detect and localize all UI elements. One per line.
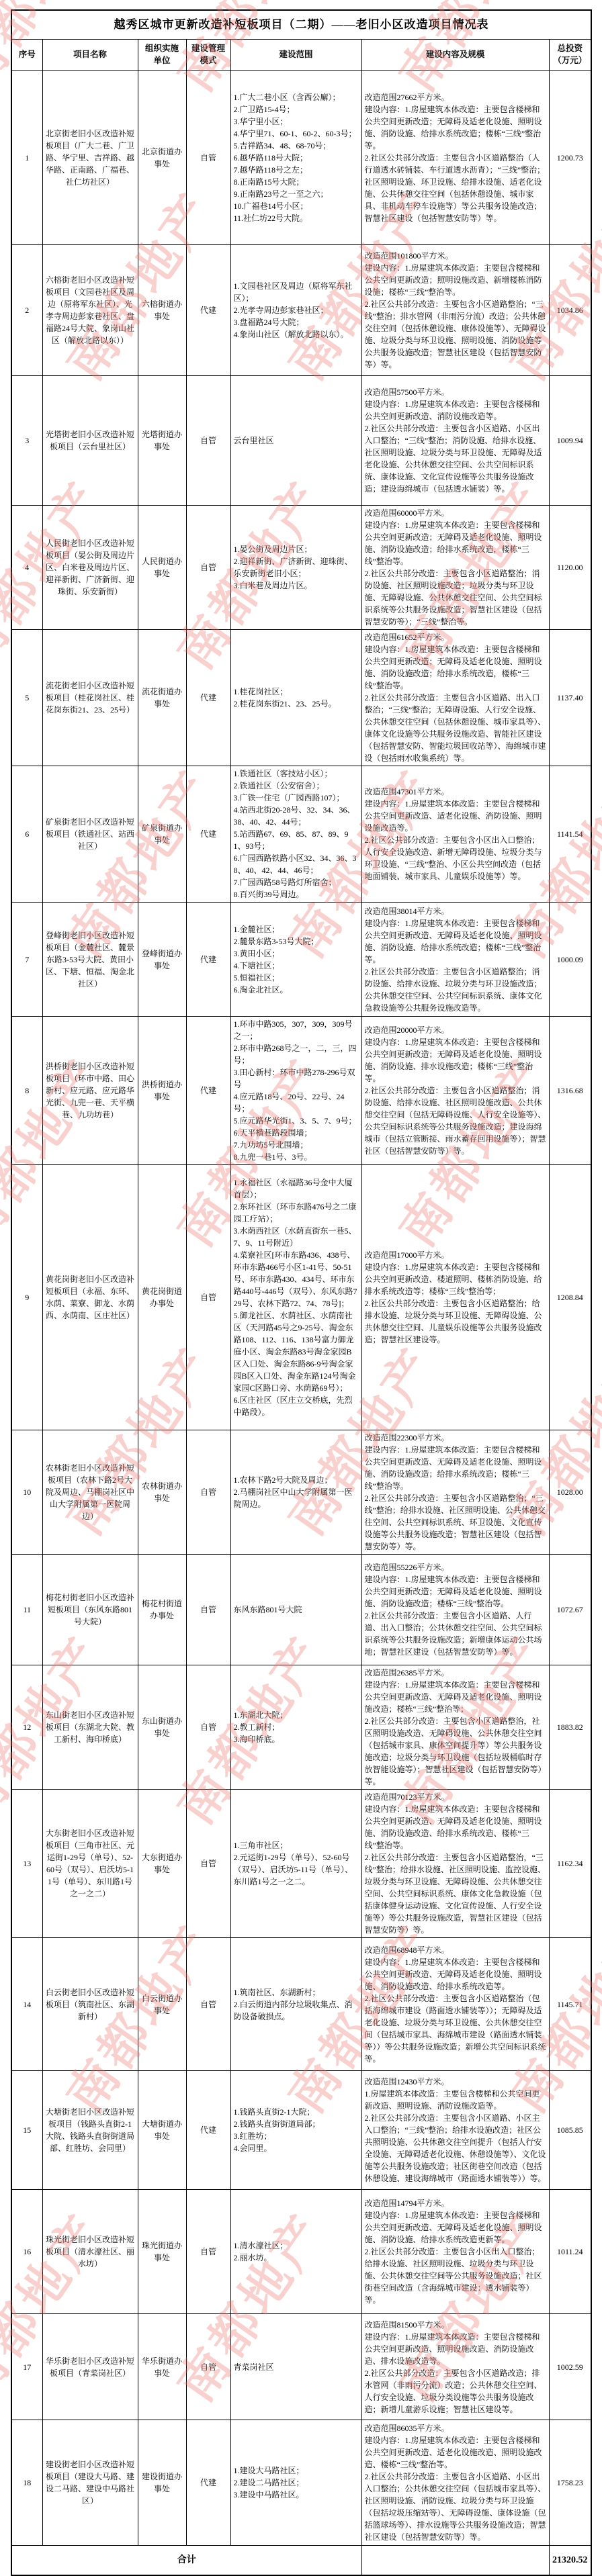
construction-scope: 1.永福社区（永福路36号金中大厦首层）； 2.东环社区（环市东路476号之二康…	[230, 1165, 361, 1430]
table-body: 1 北京街老旧小区改造补短板项目（广大二巷、广卫路、华宁里、吉祥路、越华路、正南…	[11, 71, 591, 2546]
implementing-unit: 东山街道办事处	[138, 1665, 186, 1790]
construction-scope: 1.农林下路2号大院及周边； 2.马棚岗社区中山大学附属第一医院周边。	[230, 1430, 361, 1555]
total-investment-value: 1011.24	[549, 2190, 591, 2314]
column-header-invest: 总投资 （万元）	[549, 39, 591, 71]
implementing-unit: 矿泉街道办事处	[138, 766, 186, 903]
total-investment-value: 1145.71	[549, 1938, 591, 2071]
implementing-unit: 梅花村街道办事处	[138, 1555, 186, 1665]
total-investment: 21320.52	[549, 2546, 591, 2575]
construction-scope: 1.广大二巷小区（含西公廨）； 2.广卫路15-4号； 3.华宁里小区； 4.华…	[230, 71, 361, 245]
project-name: 农林街老旧小区改造补短板项目（农林下路2号大院及周边、马棚岗社区中山大学附属第一…	[42, 1430, 138, 1555]
column-header-unit: 组织实施 单位	[138, 39, 186, 71]
management-mode: 自管	[186, 2190, 230, 2314]
implementing-unit: 光塔街道办事处	[138, 376, 186, 506]
document-sheet: 南都地产南都地产南都地产南都地产南都地产南都地产南都地产南都地产南都地产南都地产…	[0, 0, 602, 2576]
total-investment-value: 1200.73	[549, 71, 591, 245]
construction-scope: 1.金麓社区； 2.麓景东路3-53号大院； 3.黄田小区； 4.下塘社区； 5…	[230, 903, 361, 1017]
total-investment-value: 1000.09	[549, 903, 591, 1017]
construction-content: 改造范围68948平方米。 建设内容：1.房屋建筑本体改造：主要包含楼梯和公共空…	[361, 1938, 549, 2071]
project-name: 东山街老旧小区改造补短板项目（东湖北大院、教工新村、海印桥底）	[42, 1665, 138, 1790]
project-name: 建设街老旧小区改造补短板项目（建设大马路、建设二马路、建设中马路社区）	[42, 2420, 138, 2546]
table-header-row: 序号 项目名称 组织实施 单位 建设管理 模式 建设范围 建设内容及规模 总投资…	[11, 39, 591, 71]
construction-content: 改造范围86035平方米。 建设内容：1.房屋建筑本体改造：主要包含楼梯和公共空…	[361, 2420, 549, 2546]
management-mode: 代建	[186, 903, 230, 1017]
project-name: 矿泉街老旧小区改造补短板项目（铁通社区、站西社区）	[42, 766, 138, 903]
project-name: 华乐街老旧小区改造补短板项目（青菜岗社区）	[42, 2314, 138, 2420]
construction-content: 改造范围60000平方米。 建设内容：1.房屋建筑本体改造：主要包含楼梯和公共空…	[361, 506, 549, 630]
construction-content: 改造范围27662平方米。 建设内容：1.房屋建筑本体改造：主要包含楼梯和公共空…	[361, 71, 549, 245]
table-row: 15 大塘街老旧小区改造补短板项目（钱路头直街2-1大院、钱路头直街街道局部、红…	[11, 2071, 591, 2190]
total-row: 合计 21320.52	[11, 2546, 591, 2575]
management-mode: 代建	[186, 245, 230, 376]
project-name: 白云街老旧小区改造补短板项目（筑南社区、东湖新村）	[42, 1938, 138, 2071]
row-number: 10	[11, 1430, 42, 1555]
project-name: 大东街老旧小区改造补短板项目（三角市社区、元运街1-29号（单号）、52-60号…	[42, 1790, 138, 1938]
project-name: 大塘街老旧小区改造补短板项目（钱路头直街2-1大院、钱路头直街街道局部、红胜坊、…	[42, 2071, 138, 2190]
table-row: 14 白云街老旧小区改造补短板项目（筑南社区、东湖新村） 白云街道办事处 自管 …	[11, 1938, 591, 2071]
construction-content: 改造范围57500平方米。 建设内容：1.房屋建筑本体改造：主要包含楼梯和公共空…	[361, 376, 549, 506]
management-mode: 自管	[186, 1938, 230, 2071]
table-row: 13 大东街老旧小区改造补短板项目（三角市社区、元运街1-29号（单号）、52-…	[11, 1790, 591, 1938]
construction-content: 改造范围101800平方米。 建设内容：1.房屋建筑本体改造：主要包含楼梯和公共…	[361, 245, 549, 376]
construction-scope: 1.东湖北大院； 2.教工新村； 3.海印桥底。	[230, 1665, 361, 1790]
management-mode: 自管	[186, 1430, 230, 1555]
construction-content: 改造范围81500平方米。 建设内容：1.房屋建筑本体改造：主要包含楼梯和公共空…	[361, 2314, 549, 2420]
construction-content: 改造范围12430平方米。 1.房屋建筑本体改造：主要包含楼梯和公共空间更新改造…	[361, 2071, 549, 2190]
management-mode: 代建	[186, 766, 230, 903]
construction-content: 改造范围47301平方米。 建设内容：1.房屋建筑本体改造：主要包含楼梯和公共空…	[361, 766, 549, 903]
project-name: 人民街老旧小区改造补短板项目（晏公街及周边片区、白米巷及周边片区、迎祥新街、广济…	[42, 506, 138, 630]
total-investment-value: 1009.94	[549, 376, 591, 506]
table-row: 4 人民街老旧小区改造补短板项目（晏公街及周边片区、白米巷及周边片区、迎祥新街、…	[11, 506, 591, 630]
project-name: 登峰街老旧小区改造补短板项目（金麓社区、麓景东路3-53号大院、黄田小区、下塘、…	[42, 903, 138, 1017]
project-name: 洪桥街老旧小区改造补短板项目（环市中路、田心新村、应元路、应元路华光街、九兜一巷…	[42, 1017, 138, 1165]
page-title: 越秀区城市更新改造补短板项目（二期）——老旧小区改造项目情况表	[11, 10, 591, 39]
table-row: 9 黄花岗街老旧小区改造补短板项目（永福、东环、水荫、菜寮、御龙、水荫西、水荫南…	[11, 1165, 591, 1430]
total-investment-value: 1883.82	[549, 1665, 591, 1790]
project-name: 六榕街老旧小区改造补短板项目（文园巷社区及周边（原将军东社区）、光孝寺周边彭家巷…	[42, 245, 138, 376]
row-number: 1	[11, 71, 42, 245]
management-mode: 自管	[186, 1165, 230, 1430]
column-header-scope: 建设范围	[230, 39, 361, 71]
implementing-unit: 华乐街道办事处	[138, 2314, 186, 2420]
construction-content: 改造范围17000平方米。 建设内容：1.房屋建筑本体改造：主要包含楼梯和公共空…	[361, 1165, 549, 1430]
management-mode: 代建	[186, 1017, 230, 1165]
implementing-unit: 建设街道办事处	[138, 2420, 186, 2546]
table-row: 1 北京街老旧小区改造补短板项目（广大二巷、广卫路、华宁里、吉祥路、越华路、正南…	[11, 71, 591, 245]
row-number: 9	[11, 1165, 42, 1430]
management-mode: 代建	[186, 630, 230, 766]
construction-scope: 1.清水濠社区； 2.丽水坊。	[230, 2190, 361, 2314]
implementing-unit: 黄花岗街道办事处	[138, 1165, 186, 1430]
construction-scope: 1.三角市社区； 2.元运街1-29号（单号）、52-60号（双号）、启沃坊5-…	[230, 1790, 361, 1938]
total-investment-value: 1034.86	[549, 245, 591, 376]
table-row: 7 登峰街老旧小区改造补短板项目（金麓社区、麓景东路3-53号大院、黄田小区、下…	[11, 903, 591, 1017]
total-investment-value: 1758.23	[549, 2420, 591, 2546]
implementing-unit: 人民街道办事处	[138, 506, 186, 630]
row-number: 14	[11, 1938, 42, 2071]
management-mode: 自管	[186, 2314, 230, 2420]
construction-content: 改造范围14794平方米。 建设内容：1.房屋建筑本体改造：主要包含楼梯和公共空…	[361, 2190, 549, 2314]
total-investment-value: 1072.67	[549, 1555, 591, 1665]
table-row: 17 华乐街老旧小区改造补短板项目（青菜岗社区） 华乐街道办事处 自管 青菜岗社…	[11, 2314, 591, 2420]
row-number: 3	[11, 376, 42, 506]
construction-scope: 1.筑南社区、东湖新村； 2.白云街道内部分垃圾收集点、消防设备破损点。	[230, 1938, 361, 2071]
row-number: 5	[11, 630, 42, 766]
table-row: 5 流花街老旧小区改造补短板项目（桂花岗社区、桂花岗东街21、23、25号） 流…	[11, 630, 591, 766]
implementing-unit: 流花街道办事处	[138, 630, 186, 766]
total-investment-value: 1028.00	[549, 1430, 591, 1555]
implementing-unit: 大塘街道办事处	[138, 2071, 186, 2190]
table-row: 18 建设街老旧小区改造补短板项目（建设大马路、建设二马路、建设中马路社区） 建…	[11, 2420, 591, 2546]
construction-content: 改造范围26385平方米。 建设内容：1.房屋建筑本体改造：主要包含楼梯和公共空…	[361, 1665, 549, 1790]
column-header-mode: 建设管理 模式	[186, 39, 230, 71]
total-investment-value: 1141.54	[549, 766, 591, 903]
row-number: 13	[11, 1790, 42, 1938]
construction-scope: 1.建设大马路社区； 2.建设二马路社区； 3.建设中马路社区。	[230, 2420, 361, 2546]
construction-scope: 东风东路801号大院	[230, 1555, 361, 1665]
management-mode: 代建	[186, 2420, 230, 2546]
implementing-unit: 农林街道办事处	[138, 1430, 186, 1555]
project-name: 黄花岗街老旧小区改造补短板项目（永福、东环、水荫、菜寮、御龙、水荫西、水荫南、区…	[42, 1165, 138, 1430]
column-header-name: 项目名称	[42, 39, 138, 71]
management-mode: 自管	[186, 1555, 230, 1665]
project-name: 流花街老旧小区改造补短板项目（桂花岗社区、桂花岗东街21、23、25号）	[42, 630, 138, 766]
management-mode: 代建	[186, 2071, 230, 2190]
total-investment-value: 1208.84	[549, 1165, 591, 1430]
project-name: 珠光街老旧小区改造补短板项目（清水濠社区、丽水坊）	[42, 2190, 138, 2314]
management-mode: 自管	[186, 1665, 230, 1790]
construction-scope: 青菜岗社区	[230, 2314, 361, 2420]
implementing-unit: 登峰街道办事处	[138, 903, 186, 1017]
table-row: 2 六榕街老旧小区改造补短板项目（文园巷社区及周边（原将军东社区）、光孝寺周边彭…	[11, 245, 591, 376]
column-header-no: 序号	[11, 39, 42, 71]
total-investment-value: 1137.40	[549, 630, 591, 766]
total-investment-value: 1002.59	[549, 2314, 591, 2420]
construction-scope: 1.晏公街及周边片区； 2.迎祥新街、广济新街、迎珠街、乐安新街老旧小区； 3.…	[230, 506, 361, 630]
implementing-unit: 六榕街道办事处	[138, 245, 186, 376]
management-mode: 自管	[186, 1790, 230, 1938]
document-content: 越秀区城市更新改造补短板项目（二期）——老旧小区改造项目情况表 序号 项目名称 …	[0, 0, 602, 2576]
management-mode: 自管	[186, 506, 230, 630]
construction-scope: 云台里社区	[230, 376, 361, 506]
construction-scope: 1.铁通社区（客技站小区）； 2.铁通社区（公安宿舍）； 3.广铁一住宅（广园西…	[230, 766, 361, 903]
project-name: 梅花村街老旧小区改造补短板项目（东风东路801号大院）	[42, 1555, 138, 1665]
row-number: 16	[11, 2190, 42, 2314]
row-number: 17	[11, 2314, 42, 2420]
construction-scope: 1.桂花岗社区； 2.桂花岗东街21、23、25号。	[230, 630, 361, 766]
total-empty-cell	[361, 2546, 549, 2575]
row-number: 6	[11, 766, 42, 903]
implementing-unit: 大东街道办事处	[138, 1790, 186, 1938]
construction-content: 改造范围38014平方米。 建设内容：1.房屋建筑本体改造：主要包含楼梯和公共空…	[361, 903, 549, 1017]
row-number: 18	[11, 2420, 42, 2546]
construction-scope: 1.文园巷社区及周边（原将军东社区）； 2.光孝寺周边彭家巷社区； 3.盘福路2…	[230, 245, 361, 376]
construction-content: 改造范围70123平方米。 建设内容：1.房屋建筑本体改造：主要包含楼梯和公共空…	[361, 1790, 549, 1938]
row-number: 4	[11, 506, 42, 630]
row-number: 12	[11, 1665, 42, 1790]
construction-content: 改造范围61652平方米。 建设内容：1.房屋建筑本体改造：主要包含楼梯和公共空…	[361, 630, 549, 766]
implementing-unit: 白云街道办事处	[138, 1938, 186, 2071]
total-investment-value: 1085.85	[549, 2071, 591, 2190]
table-row: 8 洪桥街老旧小区改造补短板项目（环市中路、田心新村、应元路、应元路华光街、九兜…	[11, 1017, 591, 1165]
construction-scope: 1.钱路头直街2-1大院； 2.钱路头直街街道局部； 3.红胜坊； 4.会同里。	[230, 2071, 361, 2190]
column-header-content: 建设内容及规模	[361, 39, 549, 71]
table-row: 3 光塔街老旧小区改造补短板项目（云台里社区） 光塔街道办事处 自管 云台里社区…	[11, 376, 591, 506]
row-number: 8	[11, 1017, 42, 1165]
total-investment-value: 1120.00	[549, 506, 591, 630]
project-name: 光塔街老旧小区改造补短板项目（云台里社区）	[42, 376, 138, 506]
construction-scope: 1.环市中路305，307，309，309号之一； 2.环市中路268号之一，二…	[230, 1017, 361, 1165]
management-mode: 自管	[186, 71, 230, 245]
implementing-unit: 北京街道办事处	[138, 71, 186, 245]
implementing-unit: 珠光街道办事处	[138, 2190, 186, 2314]
table-row: 12 东山街老旧小区改造补短板项目（东湖北大院、教工新村、海印桥底） 东山街道办…	[11, 1665, 591, 1790]
row-number: 2	[11, 245, 42, 376]
construction-content: 改造范围20000平方米。 建设内容：1.房屋建筑本体改造：主要包含楼梯和公共空…	[361, 1017, 549, 1165]
projects-table: 越秀区城市更新改造补短板项目（二期）——老旧小区改造项目情况表 序号 项目名称 …	[11, 9, 592, 2576]
table-row: 16 珠光街老旧小区改造补短板项目（清水濠社区、丽水坊） 珠光街道办事处 自管 …	[11, 2190, 591, 2314]
row-number: 7	[11, 903, 42, 1017]
construction-content: 改造范围22300平方米。 建设内容：1.房屋建筑本体改造：主要包含楼梯和公共空…	[361, 1430, 549, 1555]
total-label: 合计	[11, 2546, 361, 2575]
total-investment-value: 1316.68	[549, 1017, 591, 1165]
implementing-unit: 洪桥街道办事处	[138, 1017, 186, 1165]
construction-content: 改造范围55226平方米。 建设内容：1.房屋建筑本体改造：主要包含楼梯和公共空…	[361, 1555, 549, 1665]
table-row: 10 农林街老旧小区改造补短板项目（农林下路2号大院及周边、马棚岗社区中山大学附…	[11, 1430, 591, 1555]
row-number: 11	[11, 1555, 42, 1665]
table-row: 11 梅花村街老旧小区改造补短板项目（东风东路801号大院） 梅花村街道办事处 …	[11, 1555, 591, 1665]
row-number: 15	[11, 2071, 42, 2190]
project-name: 北京街老旧小区改造补短板项目（广大二巷、广卫路、华宁里、吉祥路、越华路、正南路、…	[42, 71, 138, 245]
management-mode: 自管	[186, 376, 230, 506]
table-row: 6 矿泉街老旧小区改造补短板项目（铁通社区、站西社区） 矿泉街道办事处 代建 1…	[11, 766, 591, 903]
total-investment-value: 1162.34	[549, 1790, 591, 1938]
